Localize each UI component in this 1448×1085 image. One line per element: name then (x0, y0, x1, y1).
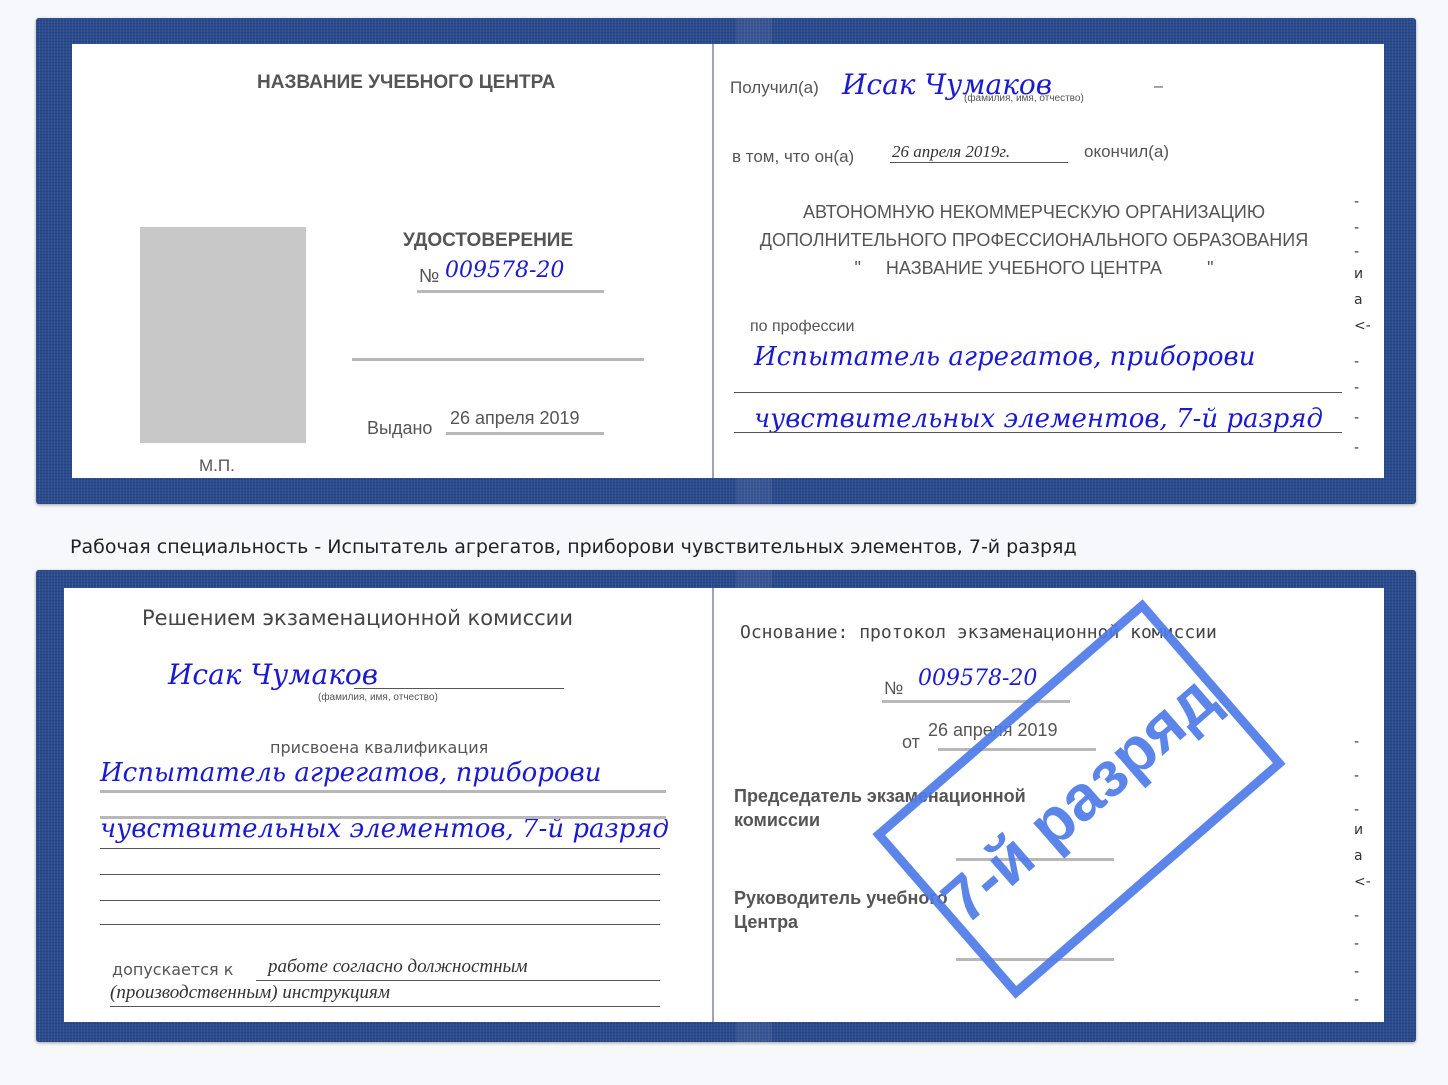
profession-line-1: Испытатель агрегатов, приборови (754, 342, 1255, 372)
chairman-label-line-2: комиссии (734, 808, 1026, 832)
name-hint: (фамилия, имя, отчество) (318, 692, 438, 703)
qualification-cover: Решением экзаменационной комиссии Исак Ч… (36, 570, 1416, 1042)
admitted-line-2: (производственным) инструкциям (110, 982, 390, 1004)
qualification-underline-2 (100, 816, 666, 819)
open-quote: " (855, 258, 861, 278)
blank-line-1 (100, 848, 660, 849)
qualification-line-1: Испытатель агрегатов, приборови (100, 758, 601, 788)
commission-heading: Решением экзаменационной комиссии (142, 606, 573, 630)
assigned-label: присвоена квалификация (270, 738, 488, 757)
org-line-2: ДОПОЛНИТЕЛЬНОГО ПРОФЕССИОНАЛЬНОГО ОБРАЗО… (714, 226, 1354, 254)
from-label: от (902, 732, 920, 753)
org-line-3-name: НАЗВАНИЕ УЧЕБНОГО ЦЕНТРА (886, 258, 1162, 278)
completion-date: 26 апреля 2019г. (892, 142, 1010, 162)
org-name: НАЗВАНИЕ УЧЕБНОГО ЦЕНТРА (257, 72, 555, 94)
certificate-left-page: НАЗВАНИЕ УЧЕБНОГО ЦЕНТРА М.П. УДОСТОВЕРЕ… (72, 44, 746, 478)
qualification-right-page: Основание: протокол экзаменационной коми… (712, 588, 1384, 1022)
name-underline (354, 688, 564, 689)
dash-mark: – (1154, 78, 1163, 96)
from-date-underline (938, 748, 1096, 751)
that-label: в том, что он(а) (732, 147, 854, 167)
protocol-number-underline (882, 700, 1070, 703)
protocol-number-label: № (884, 678, 903, 699)
signature-line (352, 358, 644, 361)
certificate-number: 009578-20 (445, 258, 564, 283)
from-date: 26 апреля 2019 (928, 720, 1058, 741)
certificate-right-page: Получил(а) Исак Чумаков (фамилия, имя, о… (712, 44, 1384, 478)
blank-line-2 (100, 874, 660, 875)
profession-line-2: чувствительных элементов, 7-й разряд (754, 404, 1323, 434)
seal-label: М.П. (199, 456, 235, 476)
received-label: Получил(а) (730, 78, 819, 98)
issued-date: 26 апреля 2019 (450, 408, 580, 429)
admitted-underline-2 (110, 1006, 660, 1007)
admitted-line-1: работе согласно должностным (268, 956, 528, 978)
org-full-name: АВТОНОМНУЮ НЕКОММЕРЧЕСКУЮ ОРГАНИЗАЦИЮ ДО… (714, 198, 1354, 282)
admitted-underline-1 (256, 980, 660, 981)
head-label: Руководитель учебного Центра (734, 886, 948, 934)
finished-label: окончил(а) (1084, 142, 1169, 162)
close-quote: " (1207, 258, 1213, 278)
name-hint: (фамилия, имя, отчество) (964, 93, 1084, 104)
protocol-number: 009578-20 (918, 666, 1037, 691)
chairman-label: Председатель экзаменационной комиссии (734, 784, 1026, 832)
doc-title: УДОСТОВЕРЕНИЕ (403, 230, 573, 252)
admitted-label: допускается к (112, 960, 233, 979)
org-line-3: " НАЗВАНИЕ УЧЕБНОГО ЦЕНТРА " (714, 254, 1354, 282)
number-label: № (419, 266, 439, 288)
profession-underline-2 (734, 432, 1342, 433)
head-signature-line (956, 958, 1114, 961)
completion-underline (890, 162, 1068, 163)
chairman-label-line-1: Председатель экзаменационной (734, 784, 1026, 808)
profession-underline-1 (734, 392, 1342, 393)
number-underline (417, 290, 604, 293)
issued-underline (446, 432, 604, 435)
basis-label: Основание: протокол экзаменационной коми… (740, 622, 1217, 643)
photo-placeholder (140, 227, 306, 443)
blank-line-4 (100, 924, 660, 925)
qualification-underline-1 (100, 790, 666, 793)
head-label-line-2: Центра (734, 910, 948, 934)
qualification-left-page: Решением экзаменационной комиссии Исак Ч… (64, 588, 740, 1022)
chairman-signature-line (956, 858, 1114, 861)
person-name: Исак Чумаков (168, 658, 378, 691)
head-label-line-1: Руководитель учебного (734, 886, 948, 910)
org-line-1: АВТОНОМНУЮ НЕКОММЕРЧЕСКУЮ ОРГАНИЗАЦИЮ (714, 198, 1354, 226)
blank-line-3 (100, 900, 660, 901)
specialty-caption: Рабочая специальность - Испытатель агрег… (70, 533, 1080, 561)
profession-label: по профессии (750, 318, 854, 336)
issued-label: Выдано (367, 418, 432, 439)
certificate-cover: НАЗВАНИЕ УЧЕБНОГО ЦЕНТРА М.П. УДОСТОВЕРЕ… (36, 18, 1416, 504)
